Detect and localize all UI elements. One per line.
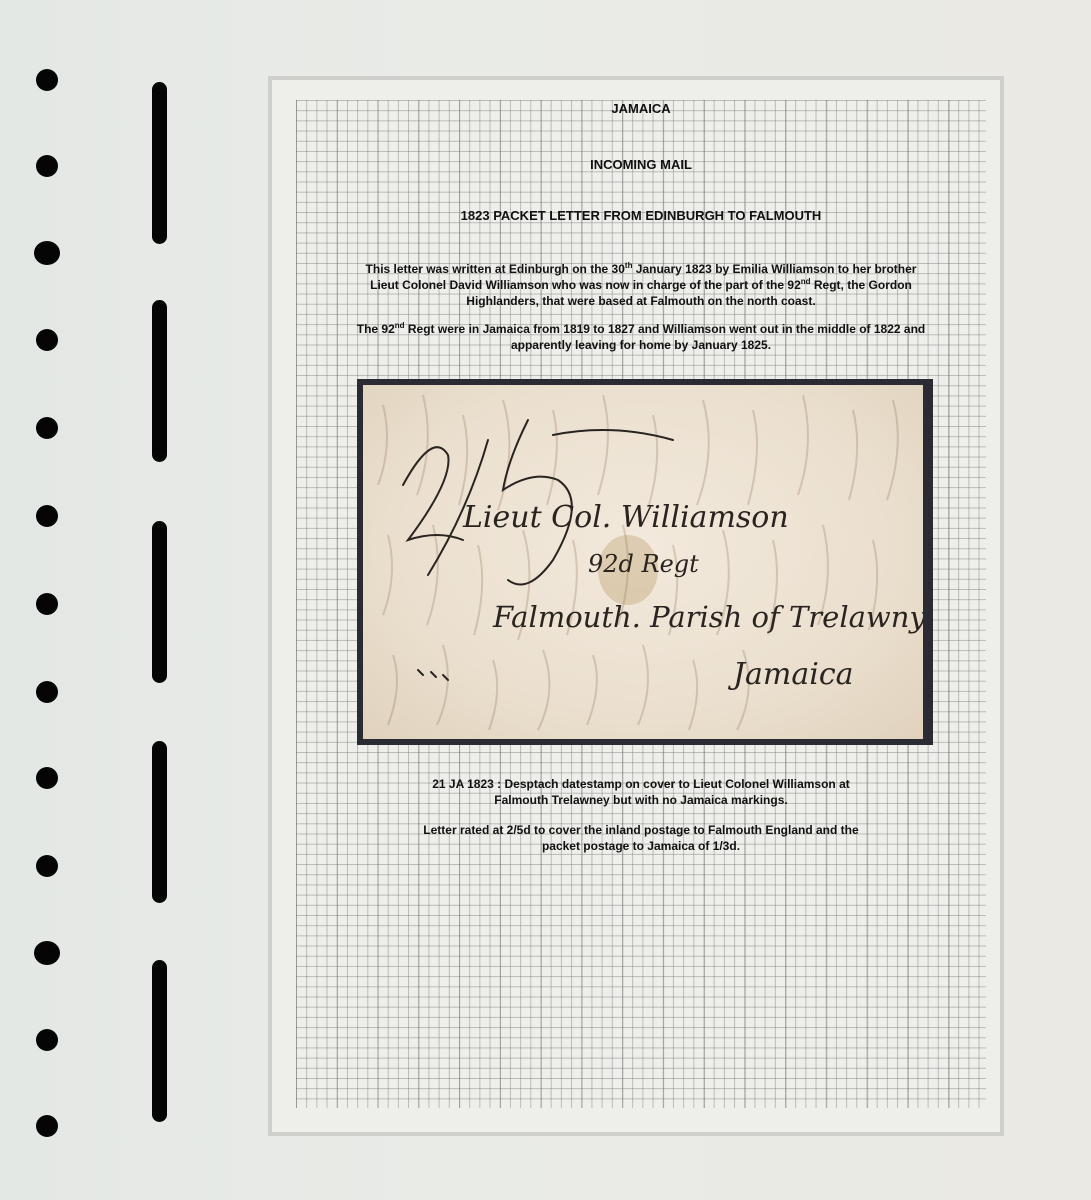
item-title: 1823 PACKET LETTER FROM EDINBURGH TO FAL…: [296, 208, 986, 223]
punch-hole: [36, 593, 58, 615]
rate-note: Letter rated at 2/5d to cover the inland…: [296, 822, 986, 854]
history-text: Regt were in Jamaica from 1819 to 1827 a…: [405, 322, 926, 336]
binder-slot: [152, 741, 167, 903]
address-line: Falmouth. Parish of Trelawny: [493, 600, 923, 634]
intro-text: January 1823 by Emilia Williamson to her…: [632, 262, 916, 276]
superscript: nd: [395, 321, 405, 330]
history-paragraph: The 92nd Regt were in Jamaica from 1819 …: [296, 321, 986, 353]
punch-hole: [36, 505, 58, 527]
punch-hole: [36, 681, 58, 703]
country-heading: JAMAICA: [296, 101, 986, 116]
note-text: 21 JA 1823 : Desptach datestamp on cover…: [296, 776, 986, 792]
address-line: Lieut Col. Williamson: [463, 500, 789, 535]
cover-image: Lieut Col. Williamson 92d Regt Falmouth.…: [363, 385, 923, 739]
punch-hole: [36, 69, 58, 91]
punch-hole: [36, 855, 58, 877]
note-text: Letter rated at 2/5d to cover the inland…: [296, 822, 986, 838]
punch-hole: [36, 417, 58, 439]
binder-slot: [152, 960, 167, 1122]
address-line: 92d Regt: [588, 550, 699, 578]
note-text: packet postage to Jamaica of 1/3d.: [296, 838, 986, 854]
intro-text: Lieut Colonel David Williamson who was n…: [370, 278, 801, 292]
superscript: nd: [801, 277, 811, 286]
note-text: Falmouth Trelawney but with no Jamaica m…: [296, 792, 986, 808]
punch-hole: [36, 155, 58, 177]
intro-text: This letter was written at Edinburgh on …: [366, 262, 625, 276]
punch-hole: [34, 941, 60, 965]
punch-hole: [36, 1029, 58, 1051]
intro-text: Regt, the Gordon: [811, 278, 912, 292]
section-heading: INCOMING MAIL: [296, 157, 986, 172]
binder-slot: [152, 300, 167, 462]
binder-slot: [152, 82, 167, 244]
intro-text: Highlanders, that were based at Falmouth…: [296, 293, 986, 309]
history-text: apparently leaving for home by January 1…: [296, 337, 986, 353]
datestamp-note: 21 JA 1823 : Desptach datestamp on cover…: [296, 776, 986, 808]
punch-hole: [34, 241, 60, 265]
punch-hole: [36, 767, 58, 789]
punch-hole: [36, 1115, 58, 1137]
punch-hole: [36, 329, 58, 351]
binder-slot: [152, 521, 167, 683]
history-text: The 92: [357, 322, 395, 336]
intro-paragraph: This letter was written at Edinburgh on …: [296, 261, 986, 309]
address-line: Jamaica: [733, 657, 854, 692]
